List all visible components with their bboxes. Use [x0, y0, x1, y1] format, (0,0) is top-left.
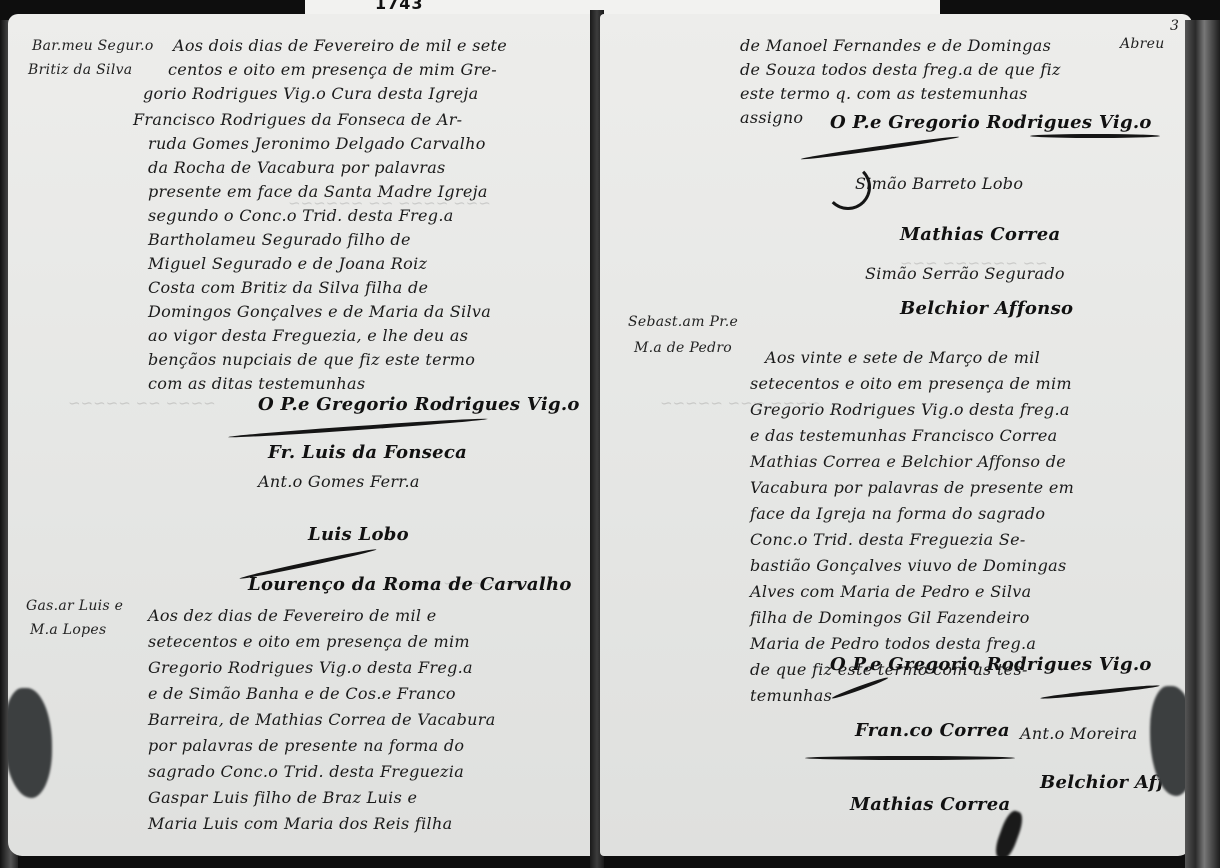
signature-flourish — [228, 417, 488, 439]
text-line: Gregorio Rodrigues Vig.o desta freg.a — [750, 400, 1070, 419]
text-line: e de Simão Banha e de Cos.e Franco — [148, 684, 456, 703]
text-line: bastião Gonçalves viuvo de Domingas — [750, 556, 1067, 575]
text-line: da Rocha de Vacabura por palavras — [148, 158, 446, 177]
text-line: Gaspar Luis filho de Braz Luis e — [148, 788, 417, 807]
text-line: Gregorio Rodrigues Vig.o desta Freg.a — [148, 658, 473, 677]
signature: Lourenço da Roma de Carvalho — [248, 574, 572, 595]
text-line: Barreira, de Mathias Correa de Vacabura — [148, 710, 496, 729]
text-line: gorio Rodrigues Vig.o Cura desta Igreja — [143, 84, 478, 103]
margin-note-line: Britiz da Silva — [28, 62, 132, 78]
signature: Belchior Affonso — [900, 298, 1073, 319]
signature: Simão Serrão Segurado — [865, 264, 1065, 283]
text-line: temunhas — [750, 686, 832, 705]
signature: Mathias Correa — [850, 794, 1011, 815]
text-line: face da Igreja na forma do sagrado — [750, 504, 1045, 523]
signature-flourish — [831, 676, 889, 700]
margin-note-line: Abreu — [1120, 36, 1165, 52]
text-line: Domingos Gonçalves e de Maria da Silva — [148, 302, 491, 321]
text-line: de Souza todos desta freg.a de que fiz — [740, 60, 1061, 79]
text-line: Costa com Britiz da Silva filha de — [148, 278, 428, 297]
signature: Fr. Luis da Fonseca — [268, 442, 467, 463]
text-line: de Manoel Fernandes e de Domingas — [740, 36, 1051, 55]
text-line: Francisco Rodrigues da Fonseca de Ar- — [133, 110, 462, 129]
margin-note-line: M.a de Pedro — [634, 340, 732, 356]
signature: Ant.o Gomes Ferr.a — [258, 472, 420, 491]
signature: Ant.o Moreira — [1020, 724, 1137, 743]
text-line: ao vigor desta Freguezia, e lhe deu as — [148, 326, 468, 345]
text-line: centos e oito em presença de mim Gre- — [168, 60, 497, 79]
text-line: este termo q. com as testemunhas — [740, 84, 1028, 103]
text-line: sagrado Conc.o Trid. desta Freguezia — [148, 762, 464, 781]
text-line: ruda Gomes Jeronimo Delgado Carvalho — [148, 134, 486, 153]
margin-note-line: Bar.meu Segur.o — [32, 38, 154, 54]
water-stain — [8, 688, 52, 798]
signature-flourish — [801, 135, 960, 161]
text-line: bençãos nupciais de que fiz este termo — [148, 350, 475, 369]
signature-flourish — [1030, 134, 1160, 138]
signature-flourish — [825, 164, 871, 210]
text-line: filha de Domingos Gil Fazendeiro — [750, 608, 1030, 627]
signature: Mathias Correa — [900, 224, 1061, 245]
text-line: Aos dez dias de Fevereiro de mil e — [148, 606, 436, 625]
text-line: Miguel Segurado e de Joana Roiz — [148, 254, 427, 273]
signature: Luis Lobo — [308, 524, 409, 545]
right-page: ~~~~ ~~~ ~~~~~ ~~ ~~~~~~ ~~~ 3 Abreu de … — [600, 14, 1192, 856]
signature-flourish — [805, 756, 1015, 760]
text-line: Alves com Maria de Pedro e Silva — [750, 582, 1032, 601]
margin-note-line: Gas.ar Luis e — [26, 598, 123, 614]
signature: O P.e Gregorio Rodrigues Vig.o — [830, 654, 1152, 675]
margin-note-line: M.a Lopes — [30, 622, 106, 638]
text-line: setecentos e oito em presença de mim — [148, 632, 470, 651]
text-line: presente em face da Santa Madre Igreja — [148, 182, 488, 201]
text-line: Bartholameu Segurado filho de — [148, 230, 411, 249]
text-line: Aos dois dias de Fevereiro de mil e sete — [173, 36, 507, 55]
text-line: e das testemunhas Francisco Correa — [750, 426, 1058, 445]
text-line: Aos vinte e sete de Março de mil — [765, 348, 1040, 367]
ink-bleed: ~~~~ ~~ ~~~~~ — [68, 394, 216, 412]
text-line: com as ditas testemunhas — [148, 374, 365, 393]
book-fore-edge — [1185, 20, 1220, 868]
text-line: segundo o Conc.o Trid. desta Freg.a — [148, 206, 454, 225]
text-line: Conc.o Trid. desta Freguezia Se- — [750, 530, 1026, 549]
signature: O P.e Gregorio Rodrigues Vig.o — [258, 394, 580, 415]
text-line: Maria de Pedro todos desta freg.a — [750, 634, 1036, 653]
text-line: setecentos e oito em presença de mim — [750, 374, 1072, 393]
ink-blot — [992, 808, 1026, 856]
text-line: assigno — [740, 108, 803, 127]
text-line: Vacabura por palavras de presente em — [750, 478, 1074, 497]
margin-note-line: Sebast.am Pr.e — [628, 314, 738, 330]
signature-flourish — [1040, 684, 1160, 701]
signature: O P.e Gregorio Rodrigues Vig.o — [830, 112, 1152, 133]
left-page: ~~~ ~~~~ ~~ ~~~~~~ ~~~~ ~~ ~~~~~ ~~~ ~~~… — [8, 14, 598, 856]
text-line: Maria Luis com Maria dos Reis filha — [148, 814, 452, 833]
archive-label-text: 1743 — [375, 0, 424, 13]
text-line: Mathias Correa e Belchior Affonso de — [750, 452, 1066, 471]
signature: Fran.co Correa — [855, 720, 1010, 741]
folio-number: 3 — [1170, 18, 1179, 34]
text-line: por palavras de presente na forma do — [148, 736, 464, 755]
signature: Simão Barreto Lobo — [855, 174, 1023, 193]
